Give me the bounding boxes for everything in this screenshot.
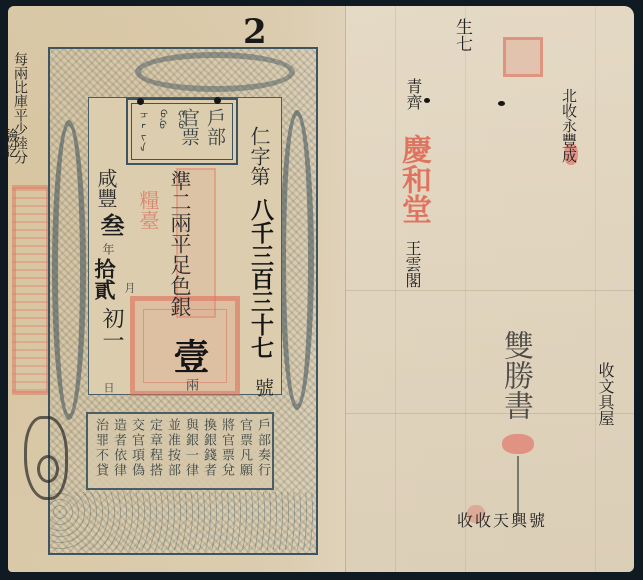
terms-column: 換銀錢者 bbox=[201, 418, 216, 478]
shop-suffix: 王雲閣 bbox=[402, 240, 422, 288]
terms-column: 定章程搭 bbox=[147, 418, 162, 478]
black-ink-seal bbox=[24, 416, 68, 500]
endorsement-right-bottom: 收文具屋 bbox=[595, 362, 615, 426]
manchu-title-col1: ᠴᠠᡳ᠌ᠨ᠋ bbox=[132, 108, 151, 152]
terms-column: 將官票兌 bbox=[219, 418, 234, 478]
year-suffix: 年 bbox=[100, 243, 117, 255]
fold-crease bbox=[345, 290, 634, 291]
dragon-top-icon bbox=[135, 52, 295, 92]
month-suffix: 月 bbox=[121, 282, 137, 293]
denomination-text: 準二兩平足色銀 bbox=[168, 170, 192, 317]
terms-column: 造者依律 bbox=[111, 418, 126, 478]
dragon-left-icon bbox=[52, 120, 86, 420]
terms-column: 交官項偽 bbox=[129, 418, 144, 478]
terms-column: 官票凡願 bbox=[237, 418, 252, 478]
era-name: 咸豐 bbox=[95, 168, 117, 208]
fold-crease bbox=[395, 6, 396, 572]
terms-column: 並准按部 bbox=[165, 418, 180, 478]
endorsement-right-top: 北收永豐成 bbox=[560, 88, 577, 163]
shop-name-red: 慶和堂 bbox=[395, 134, 431, 224]
year-number: 叁 bbox=[93, 213, 128, 237]
fold-crease bbox=[465, 6, 466, 572]
shop-prefix: 青齊 bbox=[403, 78, 423, 110]
denomination-unit: 兩 bbox=[181, 378, 200, 391]
denomination-value: 壹 bbox=[164, 338, 215, 374]
signature-stroke bbox=[517, 456, 519, 516]
serial-suffix: 號 bbox=[250, 378, 277, 397]
endorsement-top: 生七 bbox=[452, 18, 472, 52]
terms-box: 戶部奏行 官票凡願 將官票兌 換銀錢者 與銀一律 並准按部 定章程搭 交官項偽 … bbox=[86, 412, 274, 490]
dragon-right-icon bbox=[280, 110, 314, 410]
red-square-seal bbox=[503, 37, 543, 77]
signature-center: 雙勝書 bbox=[495, 330, 535, 420]
title-box: ᠴᠠᡳ᠌ᠨ᠋ ᡥᡠ ᠪᡠ 戶部官票 bbox=[126, 98, 238, 165]
left-red-stamp bbox=[12, 185, 50, 395]
left-margin-fragment: 驗訖 bbox=[0, 128, 21, 158]
ink-spot bbox=[424, 98, 430, 103]
punch-hole bbox=[137, 98, 144, 105]
red-stamp-mark bbox=[502, 434, 534, 454]
corner-number: 2 bbox=[243, 12, 267, 52]
terms-column: 治罪不貸 bbox=[93, 418, 108, 478]
grain-office-stamp: 糧臺 bbox=[136, 190, 160, 230]
endorsement-bottom: 收收天興號 bbox=[457, 508, 547, 531]
serial-prefix: 仁字第 bbox=[248, 126, 270, 186]
fold-crease bbox=[345, 413, 634, 414]
terms-column: 戶部奏行 bbox=[255, 418, 270, 478]
ink-spot bbox=[498, 101, 505, 106]
day-suffix: 日 bbox=[100, 382, 116, 393]
terms-column: 與銀一律 bbox=[183, 418, 198, 478]
day-number: 初一 bbox=[94, 307, 128, 351]
fold-crease bbox=[345, 6, 346, 572]
punch-hole bbox=[214, 97, 221, 104]
note-title: 戶部官票 bbox=[176, 108, 228, 164]
fold-crease bbox=[595, 6, 596, 572]
serial-number: 八千三百三十七 bbox=[247, 198, 273, 359]
wave-pattern bbox=[50, 492, 316, 550]
note-reverse-half bbox=[345, 6, 634, 572]
month-number: 拾貳 bbox=[93, 258, 115, 300]
